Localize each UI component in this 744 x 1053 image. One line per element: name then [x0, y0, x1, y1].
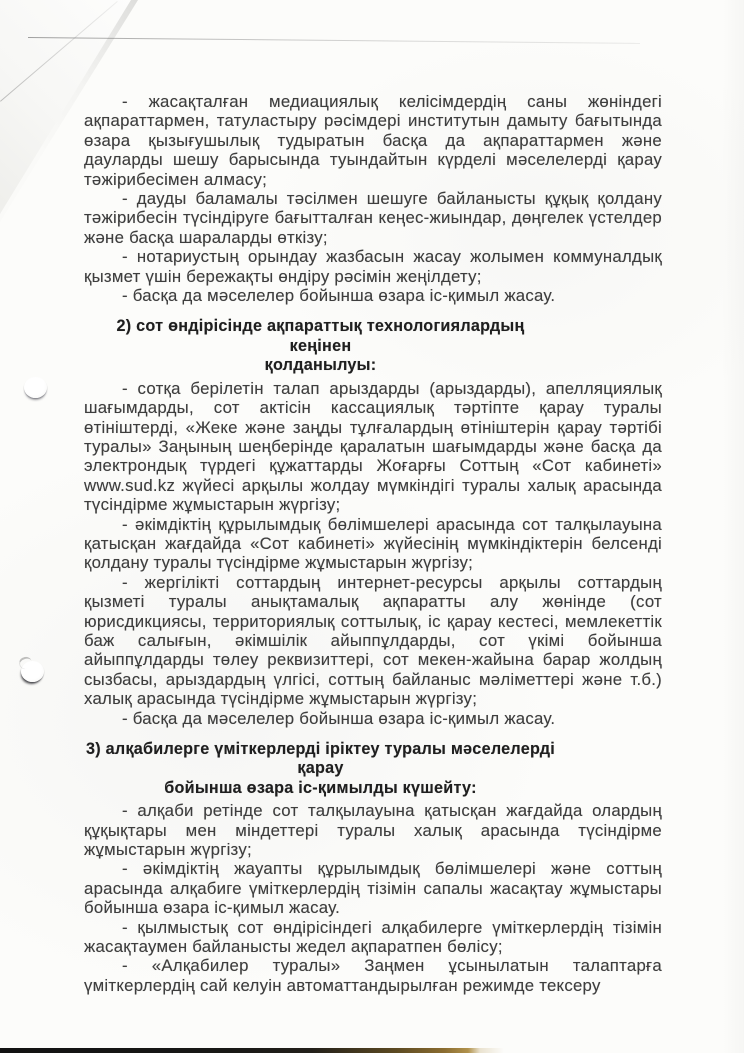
document-body: - жасақталған медиациялық келісімдердің … [84, 92, 662, 995]
paragraph: - қылмыстық сот өндірісіндегі алқабилерг… [84, 918, 662, 957]
paragraph: - әкімдіктің жауапты құрылымдық бөлімшел… [84, 859, 662, 917]
paragraph: - сотқа берілетін талап арыздарды (арызд… [84, 379, 662, 515]
paragraph: - «Алқабилер туралы» Заңмен ұсынылатын т… [84, 956, 662, 995]
paragraph: - жасақталған медиациялық келісімдердің … [84, 92, 662, 189]
paragraph: - басқа да мәселелер бойынша өзара іс-қи… [84, 286, 662, 305]
punch-hole-top [24, 377, 47, 398]
paragraph: - әкімдіктің құрылымдық бөлімшелері арас… [84, 515, 662, 573]
paragraph: - басқа да мәселелер бойынша өзара іс-қи… [84, 709, 662, 728]
paragraph: - дауды баламалы тәсілмен шешуге байланы… [84, 189, 662, 247]
scan-crease-line [28, 37, 640, 44]
scanner-edge-artifact [0, 1048, 600, 1053]
punch-hole-bottom [21, 661, 44, 682]
paragraph: - нотариустың орындау жазбасын жасау жол… [84, 247, 662, 286]
section-heading: 3) алқабилерге үміткерлерді іріктеу тура… [84, 740, 557, 798]
scanned-page: - жасақталған медиациялық келісімдердің … [0, 0, 744, 1053]
section-heading: 2) сот өндірісінде ақпараттық технология… [84, 317, 557, 375]
paragraph: - алқаби ретінде сот талқылауына қатысқа… [84, 801, 662, 859]
paragraph: - жергілікті соттардың интернет-ресурсы … [84, 573, 662, 709]
